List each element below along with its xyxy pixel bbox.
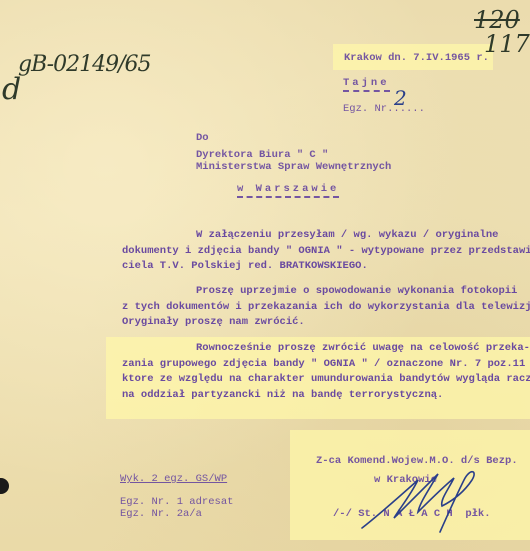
paragraph-3: Rownocześnie proszę zwrócić uwagę na cel… [122,341,530,403]
paragraph-3-line-1: Rownocześnie proszę zwrócić uwagę na cel… [122,341,530,357]
paragraph-1-line-1: W załączeniu przesyłam / wg. wykazu / or… [122,228,530,244]
addressee-to: Do [196,132,209,144]
addressee-line-1: Dyrektora Biura " C " [196,149,328,161]
paragraph-3-line-2: zania grupowego zdjęcia bandy " OGNIA " … [122,357,530,373]
paragraph-2-line-2: z tych dokumentów i przekazania ich do w… [122,300,530,316]
addressee-city: w Warszawie [237,183,339,198]
distribution-copy-2: Egz. Nr. 2a/a [120,508,202,520]
document-page: gB-02149/65 d 120 117 Krakow dn. 7.IV.19… [0,0,530,551]
paragraph-2: Proszę uprzejmie o spowodowanie wykonani… [122,284,530,331]
paragraph-1: W załączeniu przesyłam / wg. wykazu / or… [122,228,530,275]
paragraph-1-line-3: ciela T.V. Polskiej red. BRATKOWSKIEGO. [122,259,530,275]
archive-mark: d [2,72,21,107]
paragraph-2-line-1: Proszę uprzejmie o spowodowanie wykonani… [122,284,530,300]
copy-number-label: Egz. Nr...... [343,103,425,115]
handwritten-signature [360,466,490,536]
paragraph-3-line-3: ktore ze względu na charakter umundurowa… [122,372,530,388]
classification-label: Tajne [343,77,390,92]
addressee-line-2: Ministerstwa Spraw Wewnętrznych [196,161,391,173]
paragraph-1-line-2: dokumenty i zdjęcia bandy " OGNIA " - wy… [122,244,530,260]
distribution-header: Wyk. 2 egz. GS/WP [120,473,227,485]
place-date: Krakow dn. 7.IV.1965 r. [344,52,489,64]
paragraph-3-line-4: na oddział partyzancki niż na bandę terr… [122,388,530,404]
archive-signature: gB-02149/65 [18,52,150,77]
punch-hole [0,478,9,494]
copy-number-handwritten: 2 [394,86,407,110]
page-number-current: 117 [484,30,530,58]
paragraph-2-line-3: Oryginały proszę nam zwrócić. [122,315,530,331]
distribution-copy-1: Egz. Nr. 1 adresat [120,496,233,508]
